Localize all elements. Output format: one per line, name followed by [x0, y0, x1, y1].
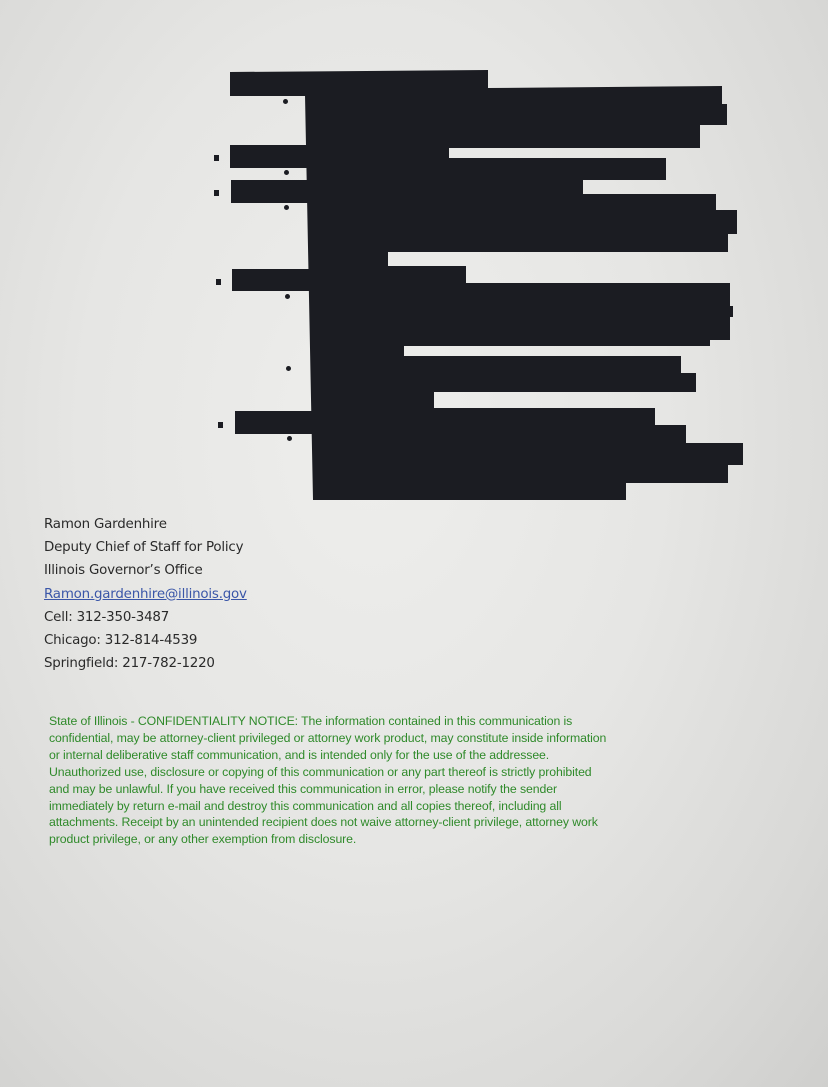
round-bullet-icon: [284, 170, 289, 175]
cell-phone: Cell: 312-350-3487: [44, 606, 247, 629]
notice-line: attachments. Receipt by an unintended re…: [49, 814, 769, 831]
notice-line: Unauthorized use, disclosure or copying …: [49, 764, 769, 781]
printed-email-page: Ramon Gardenhire Deputy Chief of Staff f…: [0, 0, 828, 1087]
signer-office: Illinois Governor’s Office: [44, 559, 247, 582]
email-signature: Ramon Gardenhire Deputy Chief of Staff f…: [44, 513, 247, 675]
round-bullet-icon: [283, 99, 288, 104]
springfield-phone: Springfield: 217-782-1220: [44, 652, 247, 675]
square-bullet-icon: [216, 279, 221, 285]
round-bullet-icon: [285, 294, 290, 299]
signer-email-link[interactable]: Ramon.gardenhire@illinois.gov: [44, 583, 247, 606]
square-bullet-icon: [214, 155, 219, 161]
signer-title: Deputy Chief of Staff for Policy: [44, 536, 247, 559]
notice-line: and may be unlawful. If you have receive…: [49, 781, 769, 798]
notice-line: immediately by return e-mail and destroy…: [49, 798, 769, 815]
round-bullet-icon: [284, 205, 289, 210]
confidentiality-notice: State of Illinois - CONFIDENTIALITY NOTI…: [49, 713, 769, 848]
square-bullet-icon: [218, 422, 223, 428]
notice-line: or internal deliberative staff communica…: [49, 747, 769, 764]
notice-line: confidential, may be attorney-client pri…: [49, 730, 769, 747]
notice-line: product privilege, or any other exemptio…: [49, 831, 769, 848]
square-bullet-icon: [214, 190, 219, 196]
notice-line: State of Illinois - CONFIDENTIALITY NOTI…: [49, 713, 769, 730]
round-bullet-icon: [287, 436, 292, 441]
signer-name: Ramon Gardenhire: [44, 513, 247, 536]
chicago-phone: Chicago: 312-814-4539: [44, 629, 247, 652]
round-bullet-icon: [286, 366, 291, 371]
